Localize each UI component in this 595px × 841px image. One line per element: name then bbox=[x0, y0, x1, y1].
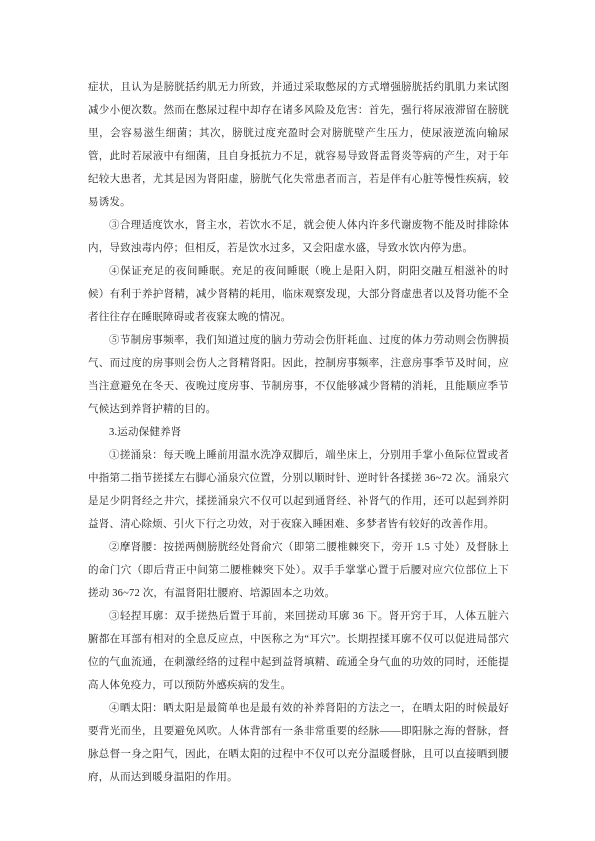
paragraph-item-1-yongquan: ①搓涌泉：每天晚上睡前用温水洗净双脚后，端坐床上，分别用手掌小鱼际位置或者中指第… bbox=[88, 444, 509, 536]
paragraph-item-2-kidney-waist: ②摩肾腰：按搓两侧膀胱经处肾俞穴（即第二腰椎棘突下，旁开 1.5 寸处）及督脉上… bbox=[88, 536, 509, 605]
section-heading-exercise: 3.运动保健养肾 bbox=[88, 421, 509, 444]
paragraph-item-4-sleep: ④保证充足的夜间睡眠。充足的夜间睡眠（晚上是阳入阴，阴阳交融互相滋补的时候）有利… bbox=[88, 260, 509, 329]
document-page: 症状，且认为是膀胱括约肌无力所致，并通过采取憋尿的方式增强膀胱括约肌肌力来试图减… bbox=[0, 0, 595, 841]
paragraph-item-3-drinking: ③合理适度饮水，肾主水，若饮水不足，就会使人体内许多代谢废物不能及时排除体内，导… bbox=[88, 214, 509, 260]
paragraph-continuation: 症状，且认为是膀胱括约肌无力所致，并通过采取憋尿的方式增强膀胱括约肌肌力来试图减… bbox=[88, 76, 509, 214]
paragraph-item-5-moderation: ⑤节制房事频率，我们知道过度的脑力劳动会伤肝耗血、过度的体力劳动则会伤脾损气、而… bbox=[88, 329, 509, 421]
document-body: 症状，且认为是膀胱括约肌无力所致，并通过采取憋尿的方式增强膀胱括约肌肌力来试图减… bbox=[88, 76, 509, 789]
paragraph-item-4-sunbathing: ④晒太阳：晒太阳是最简单也是最有效的补养肾阳的方法之一，在晒太阳的时候最好要背光… bbox=[88, 697, 509, 789]
paragraph-item-3-ear: ③轻捏耳廓：双手搓热后置于耳前，来回搓动耳廓 36 下。肾开窍于耳，人体五脏六腑… bbox=[88, 605, 509, 697]
